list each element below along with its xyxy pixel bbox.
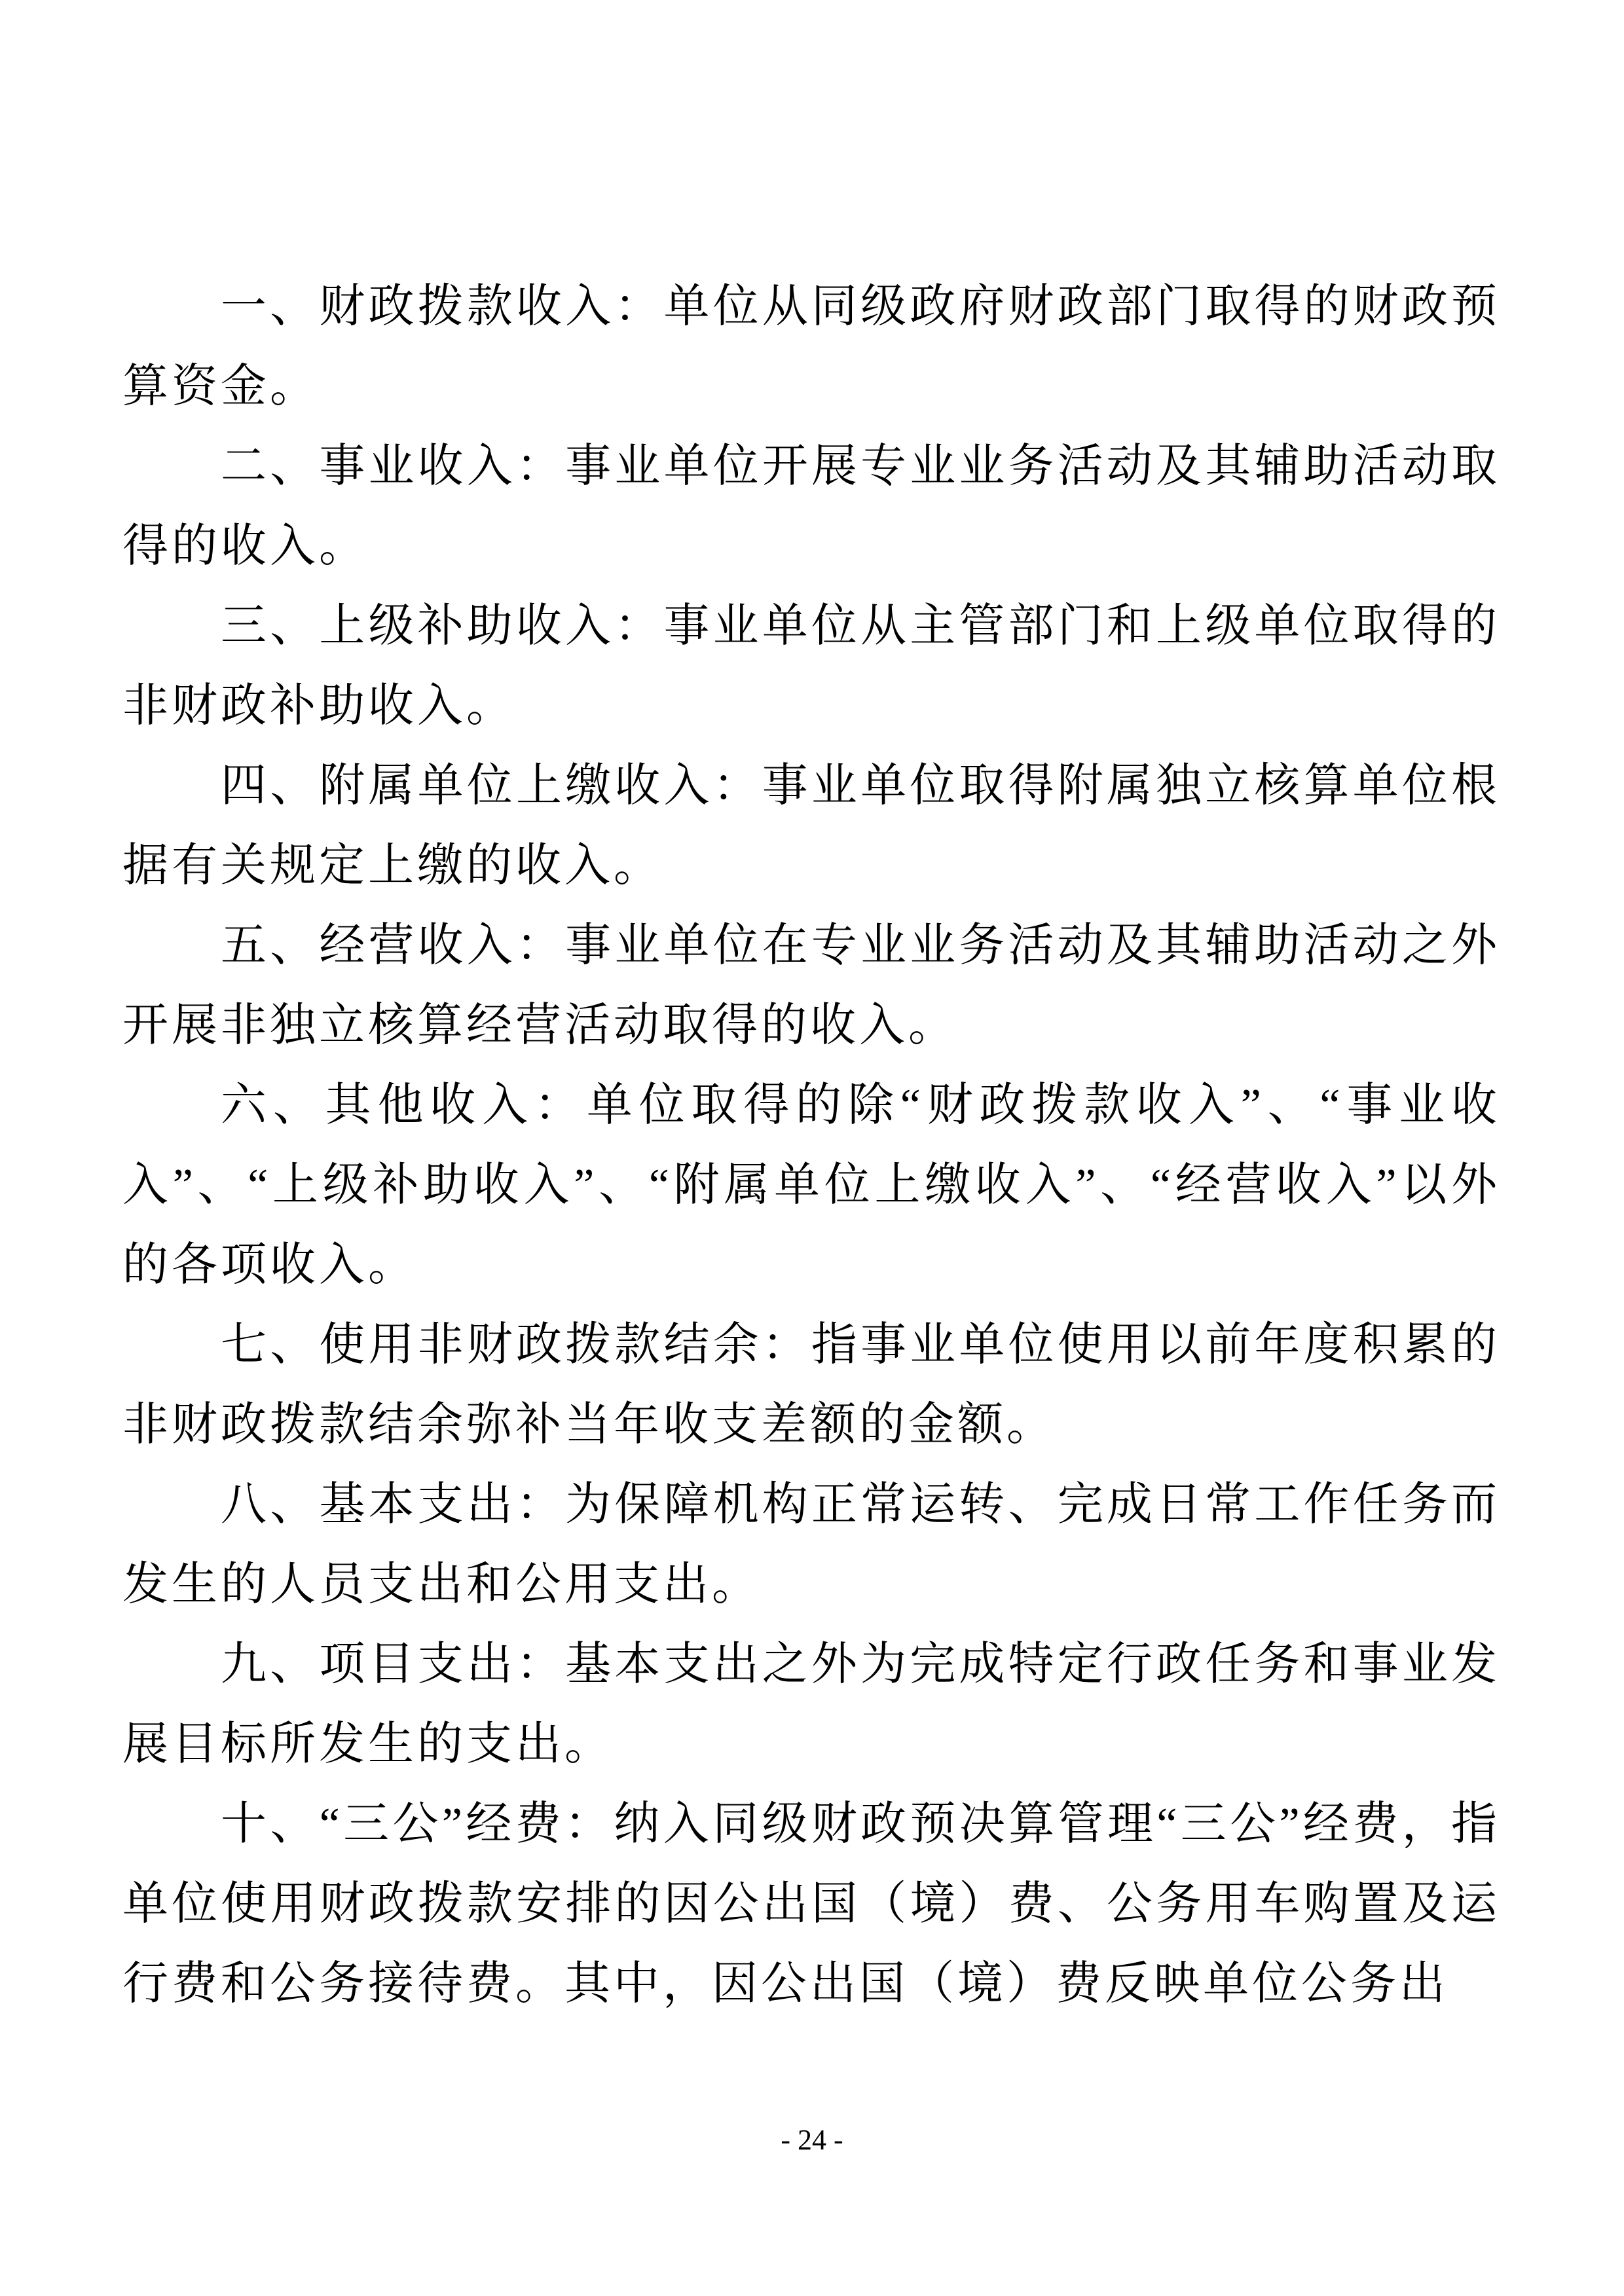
paragraph: 九、项目支出：基本支出之外为完成特定行政任务和事业发展目标所发生的支出。 (122, 1625, 1500, 1785)
paragraph: 一、财政拨款收入：单位从同级政府财政部门取得的财政预算资金。 (122, 267, 1500, 427)
paragraph: 八、基本支出：为保障机构正常运转、完成日常工作任务而发生的人员支出和公用支出。 (122, 1465, 1500, 1625)
paragraph: 三、上级补助收入：事业单位从主管部门和上级单位取得的非财政补助收入。 (122, 587, 1500, 746)
paragraph: 四、附属单位上缴收入：事业单位取得附属独立核算单位根据有关规定上缴的收入。 (122, 746, 1500, 906)
paragraph: 十、“三公”经费：纳入同级财政预决算管理“三公”经费，指单位使用财政拨款安排的因… (122, 1785, 1500, 2024)
paragraph-list: 一、财政拨款收入：单位从同级政府财政部门取得的财政预算资金。二、事业收入：事业单… (122, 267, 1500, 2024)
document-page: 一、财政拨款收入：单位从同级政府财政部门取得的财政预算资金。二、事业收入：事业单… (0, 0, 1624, 2296)
page-number: - 24 - (0, 2123, 1624, 2157)
paragraph: 七、使用非财政拨款结余：指事业单位使用以前年度积累的非财政拨款结余弥补当年收支差… (122, 1305, 1500, 1465)
paragraph: 六、其他收入：单位取得的除“财政拨款收入”、“事业收入”、“上级补助收入”、“附… (122, 1066, 1500, 1305)
paragraph: 二、事业收入：事业单位开展专业业务活动及其辅助活动取得的收入。 (122, 427, 1500, 587)
paragraph: 五、经营收入：事业单位在专业业务活动及其辅助活动之外开展非独立核算经营活动取得的… (122, 906, 1500, 1066)
